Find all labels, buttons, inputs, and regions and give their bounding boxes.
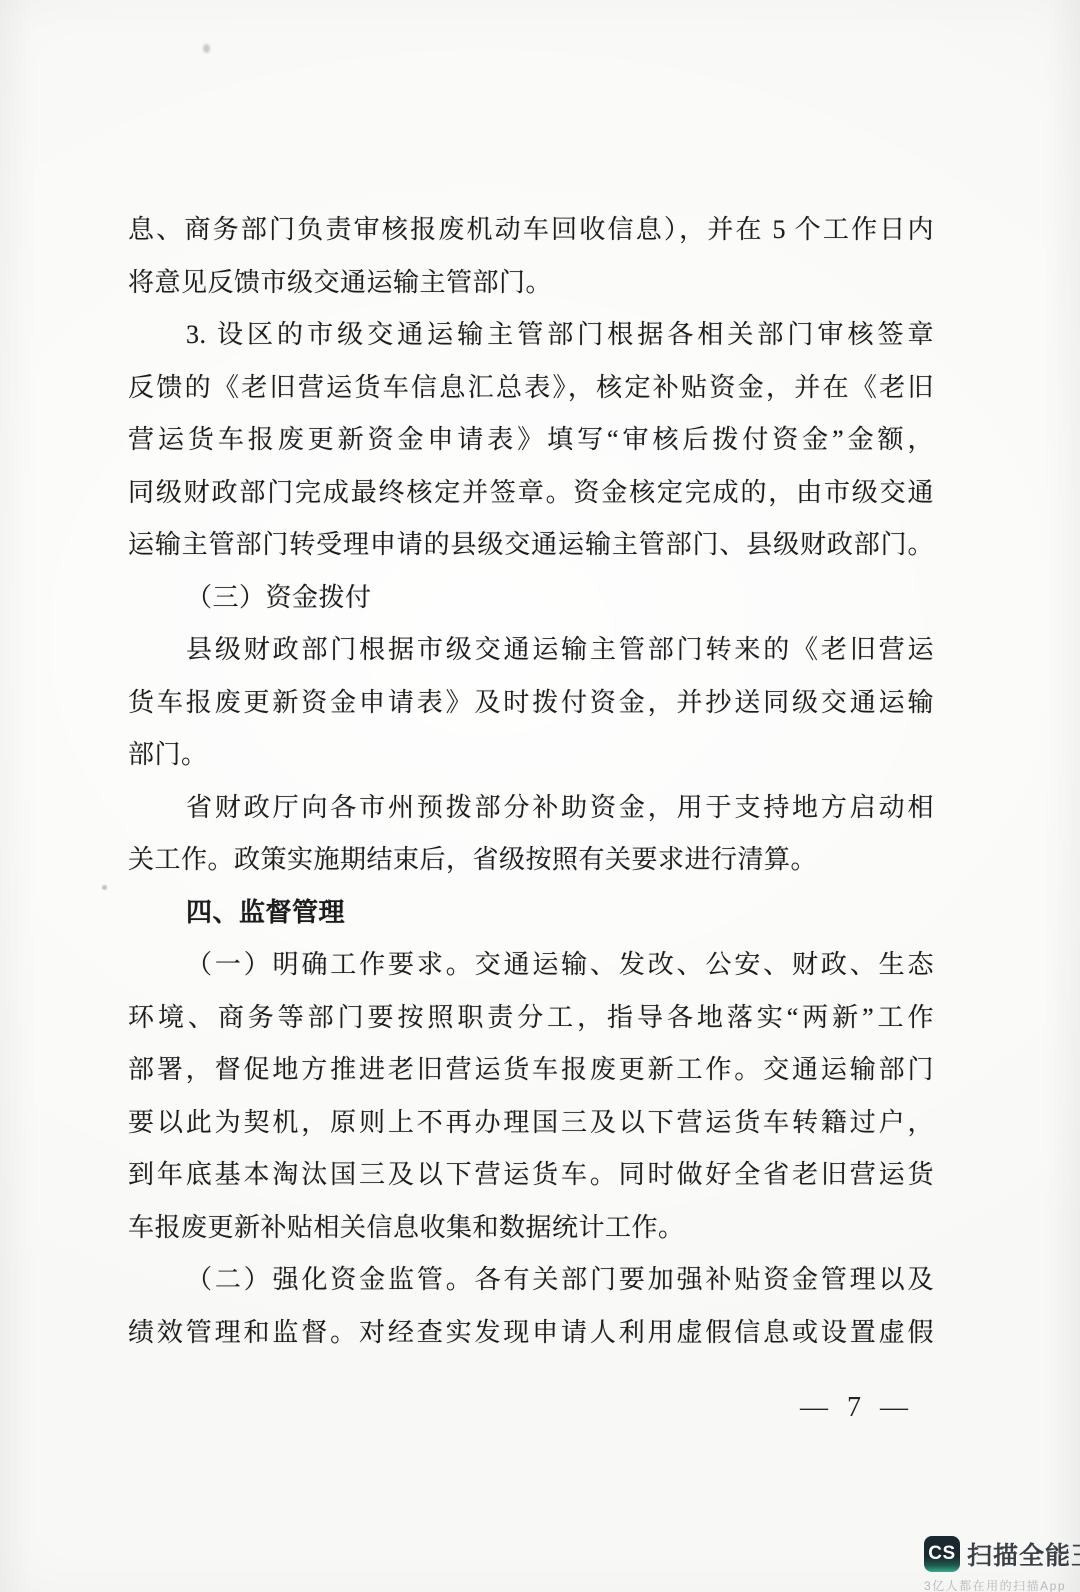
document-line: 要以此为契机，原则上不再办理国三及以下营运货车转籍过户， [128,1097,934,1150]
scanner-watermark: CS 扫描全能王™ 3亿人都在用的扫描App [924,1536,1080,1592]
scanner-app-name-text: 扫描全能王 [967,1542,1080,1570]
document-line: 息、商务部门负责审核报废机动车回收信息），并在 5 个工作日内 [128,204,934,257]
camscanner-logo-icon: CS [924,1536,960,1572]
document-line: 省财政厅向各市州预拨部分补助资金，用于支持地方启动相 [128,782,934,835]
scanner-app-name: 扫描全能王™ [967,1536,1080,1572]
document-line: （三）资金拨付 [128,572,934,625]
document-line: 部门。 [128,729,934,782]
document-line: 营运货车报废更新资金申请表》填写“审核后拨付资金”金额， [128,414,934,467]
document-line: 将意见反馈市级交通运输主管部门。 [128,257,934,310]
page-number: — 7 — [800,1392,914,1424]
document-line: 3. 设区的市级交通运输主管部门根据各相关部门审核签章 [128,309,934,362]
document-line: 运输主管部门转受理申请的县级交通运输主管部门、县级财政部门。 [128,519,934,572]
scan-speck [102,885,107,890]
document-line: 县级财政部门根据市级交通运输主管部门转来的《老旧营运 [128,624,934,677]
document-body: 息、商务部门负责审核报废机动车回收信息），并在 5 个工作日内将意见反馈市级交通… [128,204,934,1359]
scanned-document-page: { "page": { "number": "— 7 —" }, "colors… [0,0,1080,1592]
document-line: 关工作。政策实施期结束后，省级按照有关要求进行清算。 [128,834,934,887]
document-line: 四、监督管理 [128,887,934,940]
document-line: 绩效管理和监督。对经查实发现申请人利用虚假信息或设置虚假 [128,1307,934,1360]
scan-speck [203,44,210,53]
document-line: 车报废更新补贴相关信息收集和数据统计工作。 [128,1202,934,1255]
document-line: 到年底基本淘汰国三及以下营运货车。同时做好全省老旧营运货 [128,1149,934,1202]
scanner-tagline: 3亿人都在用的扫描App [924,1577,1080,1592]
document-line: 反馈的《老旧营运货车信息汇总表》，核定补贴资金，并在《老旧 [128,362,934,415]
document-line: （二）强化资金监管。各有关部门要加强补贴资金管理以及 [128,1254,934,1307]
document-line: 同级财政部门完成最终核定并签章。资金核定完成的，由市级交通 [128,467,934,520]
document-line: 货车报废更新资金申请表》及时拨付资金，并抄送同级交通运输 [128,677,934,730]
document-line: 环境、商务等部门要按照职责分工，指导各地落实“两新”工作 [128,992,934,1045]
document-line: 部署，督促地方推进老旧营运货车报废更新工作。交通运输部门 [128,1044,934,1097]
document-line: （一）明确工作要求。交通运输、发改、公安、财政、生态 [128,939,934,992]
